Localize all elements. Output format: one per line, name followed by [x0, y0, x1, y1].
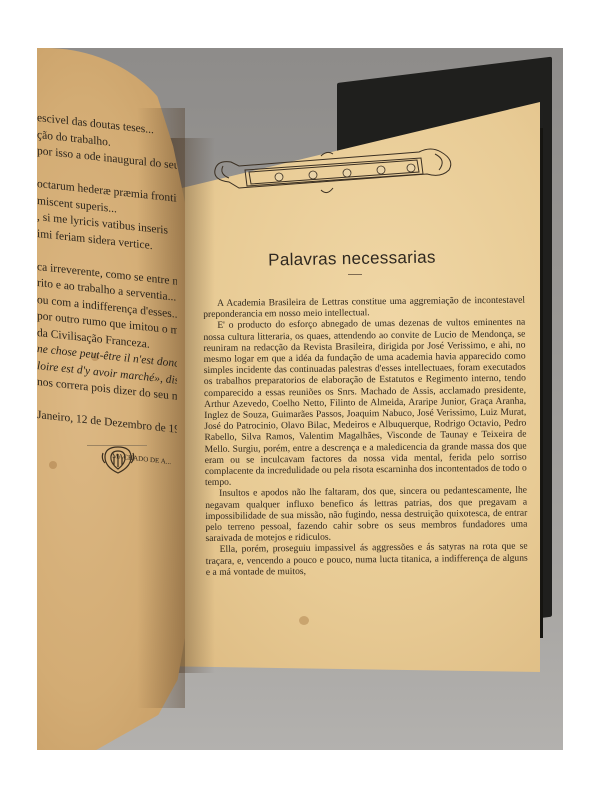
paragraph: E' o producto do esforço abnegado de uma…: [203, 317, 527, 488]
foxing-stain: [49, 461, 57, 469]
paragraph: Ella, porém, proseguiu impassivel ás agg…: [206, 541, 528, 578]
chapter-title: Palavras necessarias: [237, 247, 467, 271]
foxing-stain: [299, 616, 309, 625]
title-rule: [348, 274, 362, 275]
header-ornament-icon: [209, 144, 457, 200]
floral-vignette-icon: [99, 443, 137, 477]
book-photograph: Palavras necessarias A Academia Brasilei…: [37, 48, 563, 750]
left-page-text: escivel das doutas teses... ção do traba…: [37, 110, 177, 457]
paragraph: Insultos e apodos não lhe faltaram, dos …: [205, 485, 528, 544]
body-text: A Academia Brasileira de Lettras constit…: [203, 295, 528, 578]
